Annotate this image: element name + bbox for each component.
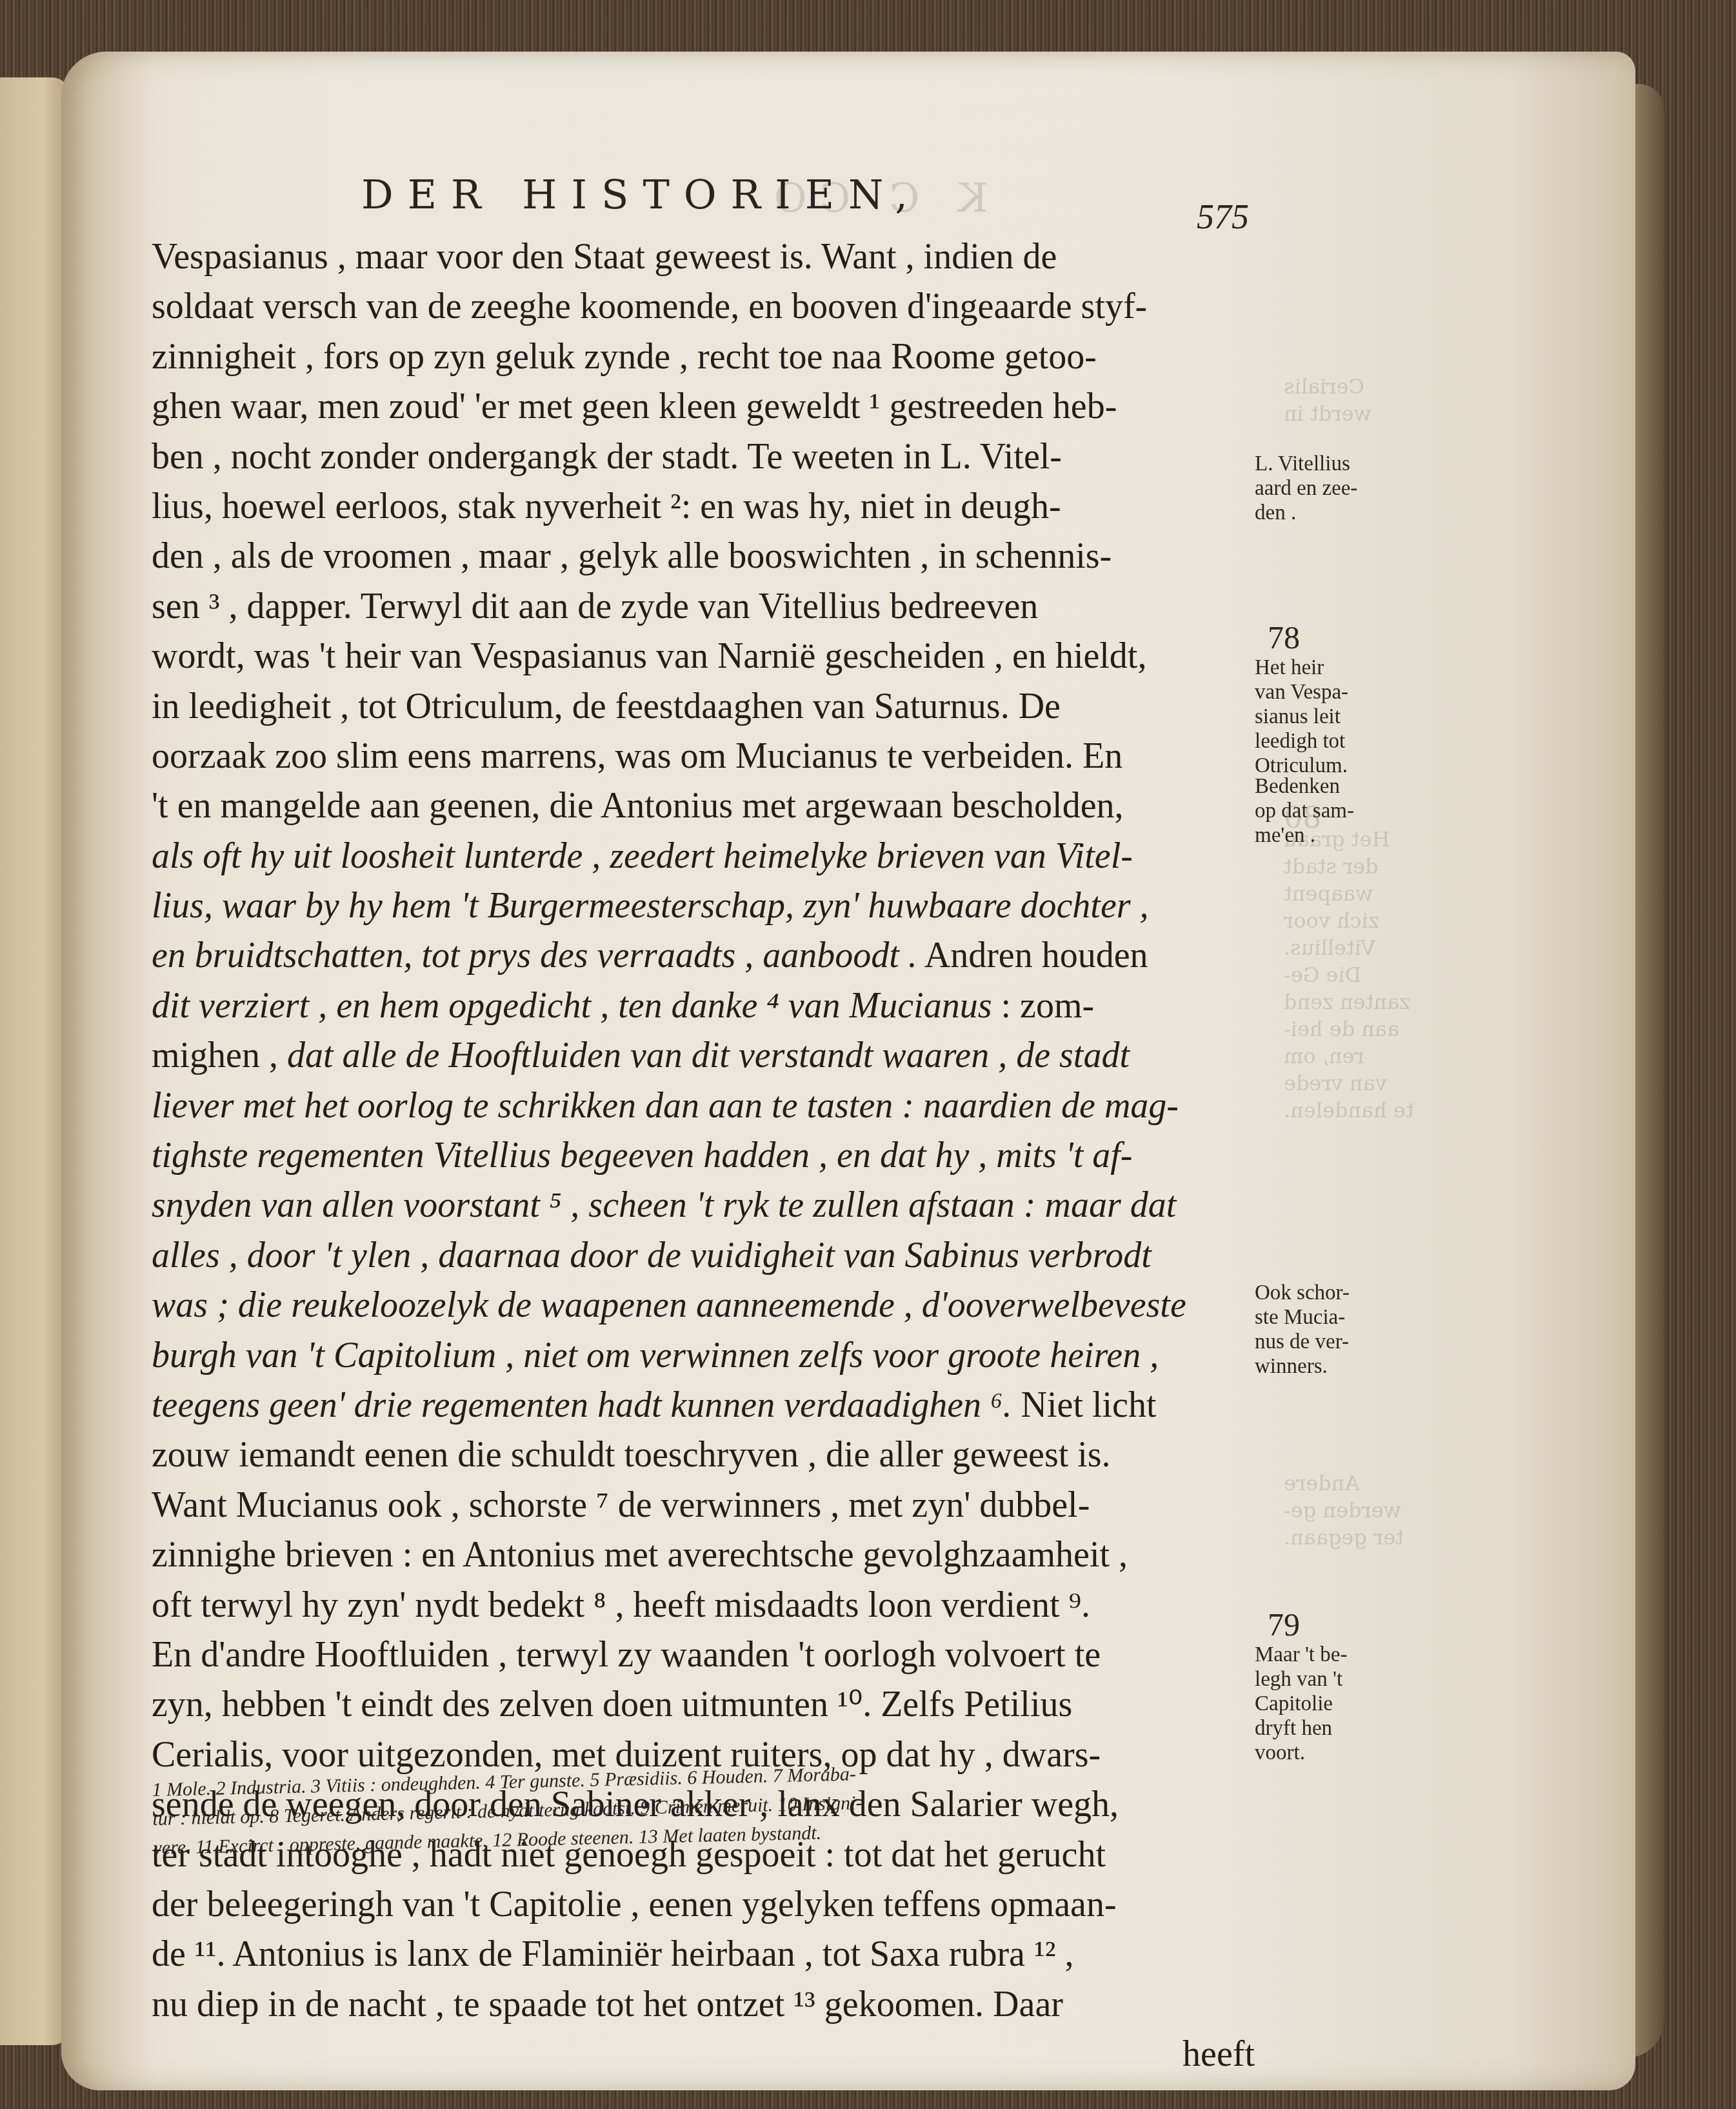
show-through-line: werdt in — [1284, 401, 1372, 426]
text-line: zyn, hebben 't eindt des zelven doen uit… — [152, 1680, 1255, 1730]
text-line: zinnighe brieven : en Antonius met avere… — [152, 1530, 1255, 1580]
show-through-line: waapent — [1284, 881, 1373, 906]
text-line: oft terwyl hy zyn' nydt bedekt ⁸ , heeft… — [152, 1581, 1255, 1630]
text-line: snyden van allen voorstant ⁵ , scheen 't… — [152, 1181, 1255, 1230]
section-number: 79 — [1255, 1606, 1347, 1643]
show-through-line: ren, om — [1284, 1044, 1364, 1068]
text-line: was ; die reukeloozelyk de waapenen aann… — [152, 1281, 1255, 1330]
margin-note: 78Het heirvan Vespa-sianus leitleedigh t… — [1255, 619, 1348, 778]
text-line: Vespasianus , maar voor den Staat gewees… — [152, 232, 1255, 282]
text-line: zouw iemandt eenen die schuldt toeschryv… — [152, 1430, 1255, 1480]
text-line: teegens geen' drie regementen hadt kunne… — [152, 1381, 1255, 1430]
text-line: En d'andre Hooftluiden , terwyl zy waand… — [152, 1630, 1255, 1680]
text-line: tighste regementen Vitellius begeeven ha… — [152, 1131, 1255, 1181]
show-through-line: te handelen. — [1284, 1098, 1414, 1123]
margin-note: Ook schor-ste Mucia-nus de ver-winners. — [1255, 1281, 1350, 1379]
running-head: DER HISTORIEN, — [361, 171, 922, 218]
text-line: heeft — [152, 2030, 1255, 2079]
text-line: Want Mucianus ook , schorste ⁷ de verwin… — [152, 1481, 1255, 1530]
show-through-line: van vrede — [1284, 1071, 1387, 1095]
text-line: wordt, was 't heir van Vespasianus van N… — [152, 632, 1255, 681]
show-through-line: Andere — [1284, 1471, 1359, 1495]
text-line: sen ³ , dapper. Terwyl dit aan de zyde v… — [152, 582, 1255, 632]
margin-note: Bedenkenop dat sam-me'en . — [1255, 774, 1354, 848]
show-through-line: aan de hei- — [1284, 1017, 1399, 1041]
text-line: de ¹¹. Antonius is lanx de Flaminiër hei… — [152, 1930, 1255, 1979]
text-line: lius, hoewel eerloos, stak nyverheit ²: … — [152, 482, 1255, 532]
text-line: alles , door 't ylen , daarnaa door de v… — [152, 1231, 1255, 1281]
text-line: soldaat versch van de zeeghe koomende, e… — [152, 282, 1255, 332]
show-through-line: zich voor — [1284, 908, 1379, 933]
text-line: als oft hy uit loosheit lunterde , zeede… — [152, 832, 1255, 881]
text-line: dit verziert , en hem opgedicht , ten da… — [152, 981, 1255, 1031]
text-line: en bruidtschatten, tot prys des verraadt… — [152, 931, 1255, 981]
text-line: in leedigheit , tot Otriculum, de feestd… — [152, 682, 1255, 732]
text-line: 't en mangelde aan geenen, die Antonius … — [152, 781, 1255, 831]
text-line: liever met het oorlog te schrikken dan a… — [152, 1081, 1255, 1131]
section-number: 78 — [1255, 619, 1348, 655]
show-through-line: ter gegaan. — [1284, 1525, 1404, 1550]
show-through-line: zanten zend — [1284, 990, 1410, 1014]
text-line: den , als de vroomen , maar , gelyk alle… — [152, 532, 1255, 581]
show-through-line: Vitellius. — [1284, 935, 1375, 960]
show-through-line: Cerialis — [1284, 374, 1364, 399]
text-line: burgh van 't Capitolium , niet om verwin… — [152, 1331, 1255, 1381]
show-through-line: Die Ge- — [1284, 963, 1361, 987]
text-line: lius, waar by hy hem 't Burgermeestersch… — [152, 881, 1255, 931]
margin-note: 79Maar 't be-legh van 'tCapitoliedryft h… — [1255, 1606, 1347, 1765]
margin-note: L. Vitelliusaard en zee-den . — [1255, 452, 1357, 525]
show-through-line: werden ge- — [1284, 1498, 1401, 1523]
text-line: ben , nocht zonder ondergangk der stadt.… — [152, 432, 1255, 482]
text-line: ghen waar, men zoud' 'er met geen kleen … — [152, 382, 1255, 432]
page-number: 575 — [1197, 197, 1249, 237]
facing-left-page — [0, 77, 71, 2045]
text-line: mighen , dat alle de Hooftluiden van dit… — [152, 1031, 1255, 1081]
show-through-line: der stadt — [1284, 854, 1379, 879]
text-line: zinnigheit , fors op zyn geluk zynde , r… — [152, 332, 1255, 382]
text-line: oorzaak zoo slim eens marrens, was om Mu… — [152, 732, 1255, 781]
text-line: nu diep in de nacht , te spaade tot het … — [152, 1980, 1255, 2030]
text-line: der beleegeringh van 't Capitolie , eene… — [152, 1880, 1255, 1930]
